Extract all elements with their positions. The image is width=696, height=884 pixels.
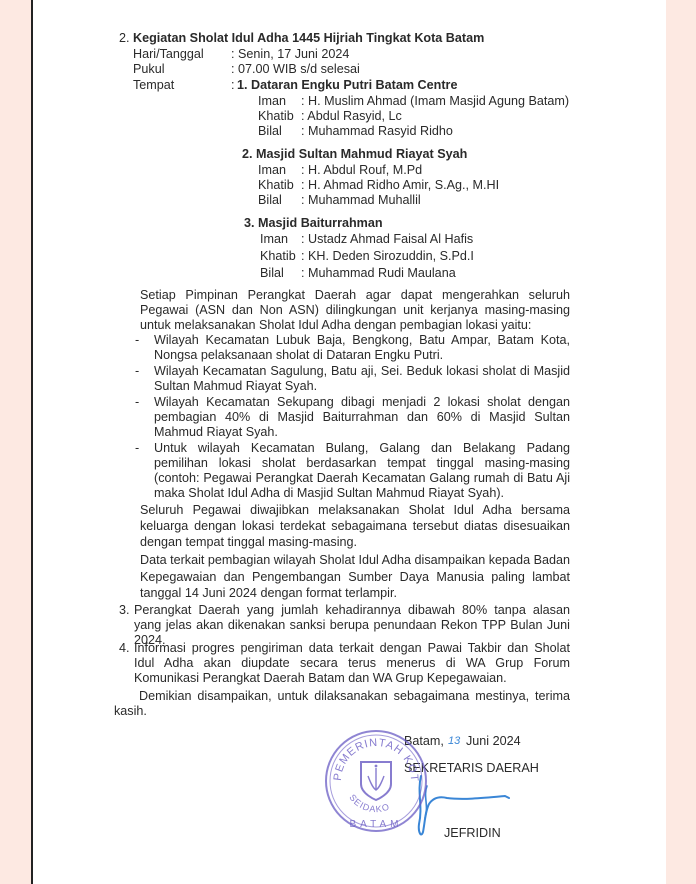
official-stamp: PEMERINTAH KOTA SEIDAKO BATAM	[323, 728, 429, 834]
location-title: 2. Masjid Sultan Mahmud Riayat Syah	[242, 147, 467, 162]
field-value-place: :	[231, 78, 235, 93]
role-value: : Ustadz Ahmad Faisal Al Hafis	[301, 232, 473, 247]
role-label: Bilal	[260, 266, 284, 281]
bullet-marker: -	[135, 364, 139, 379]
item-text: Informasi progres pengiriman data terkai…	[134, 641, 570, 686]
bullet-item: - Wilayah Kecamatan Sekupang dibagi menj…	[140, 395, 570, 440]
role-label: Iman	[258, 94, 286, 109]
field-value-time: : 07.00 WIB s/d selesai	[231, 62, 360, 77]
field-value-date: : Senin, 17 Juni 2024	[231, 47, 349, 62]
document-page: 2. Kegiatan Sholat Idul Adha 1445 Hijria…	[31, 0, 666, 884]
role-value: : KH. Deden Sirozuddin, S.Pd.I	[301, 249, 474, 264]
role-value: : H. Ahmad Ridho Amir, S.Ag., M.HI	[301, 178, 499, 193]
role-label: Bilal	[258, 193, 282, 208]
role-label: Khatib	[258, 178, 294, 193]
handwritten-signature	[413, 772, 533, 842]
intro-paragraph: Setiap Pimpinan Perangkat Daerah agar da…	[140, 288, 570, 333]
field-label-time: Pukul	[133, 62, 165, 77]
bullet-item: - Wilayah Kecamatan Sagulung, Batu aji, …	[140, 364, 570, 394]
bullet-text: Untuk wilayah Kecamatan Bulang, Galang d…	[154, 441, 570, 501]
role-label: Khatib	[258, 109, 294, 124]
bullet-text: Wilayah Kecamatan Sagulung, Batu aji, Se…	[154, 364, 570, 394]
item-number: 4.	[119, 641, 130, 656]
role-label: Iman	[260, 232, 288, 247]
role-value: : Muhammad Rasyid Ridho	[301, 124, 453, 139]
bullet-marker: -	[135, 333, 139, 348]
bullet-item: - Untuk wilayah Kecamatan Bulang, Galang…	[140, 441, 570, 501]
bullet-text: Wilayah Kecamatan Sekupang dibagi menjad…	[154, 395, 570, 440]
role-value: : Abdul Rasyid, Lc	[301, 109, 402, 124]
bullet-text: Wilayah Kecamatan Lubuk Baja, Bengkong, …	[154, 333, 570, 363]
role-label: Iman	[258, 163, 286, 178]
stamp-bottom-text: BATAM	[350, 819, 403, 830]
data-paragraph: Data terkait pembagian wilayah Sholat Id…	[140, 552, 570, 602]
closing-paragraph: Demikian disampaikan, untuk dilaksanakan…	[114, 689, 570, 719]
numbered-item-4: 4. Informasi progres pengiriman data ter…	[119, 641, 570, 686]
field-label-place: Tempat	[133, 78, 174, 93]
role-value: : H. Muslim Ahmad (Imam Masjid Agung Bat…	[301, 94, 569, 109]
signature-day: 13	[448, 734, 460, 749]
document-body: 2. Kegiatan Sholat Idul Adha 1445 Hijria…	[33, 0, 666, 884]
section-number: 2.	[119, 31, 130, 46]
role-value: : Muhammad Rudi Maulana	[301, 266, 456, 281]
family-paragraph: Seluruh Pegawai diwajibkan melaksanakan …	[140, 502, 570, 550]
role-value: : Muhammad Muhallil	[301, 193, 421, 208]
bullet-marker: -	[135, 395, 139, 410]
role-label: Bilal	[258, 124, 282, 139]
field-label-date: Hari/Tanggal	[133, 47, 204, 62]
coat-of-arms-icon	[361, 762, 391, 800]
signature-month-year: Juni 2024	[466, 734, 521, 749]
role-value: : H. Abdul Rouf, M.Pd	[301, 163, 422, 178]
location-title: 1. Dataran Engku Putri Batam Centre	[237, 78, 457, 93]
bullet-marker: -	[135, 441, 139, 456]
location-title: 3. Masjid Baiturrahman	[244, 216, 383, 231]
item-number: 3.	[119, 603, 130, 618]
bullet-item: - Wilayah Kecamatan Lubuk Baja, Bengkong…	[140, 333, 570, 363]
role-label: Khatib	[260, 249, 296, 264]
section-title: Kegiatan Sholat Idul Adha 1445 Hijriah T…	[133, 31, 484, 46]
